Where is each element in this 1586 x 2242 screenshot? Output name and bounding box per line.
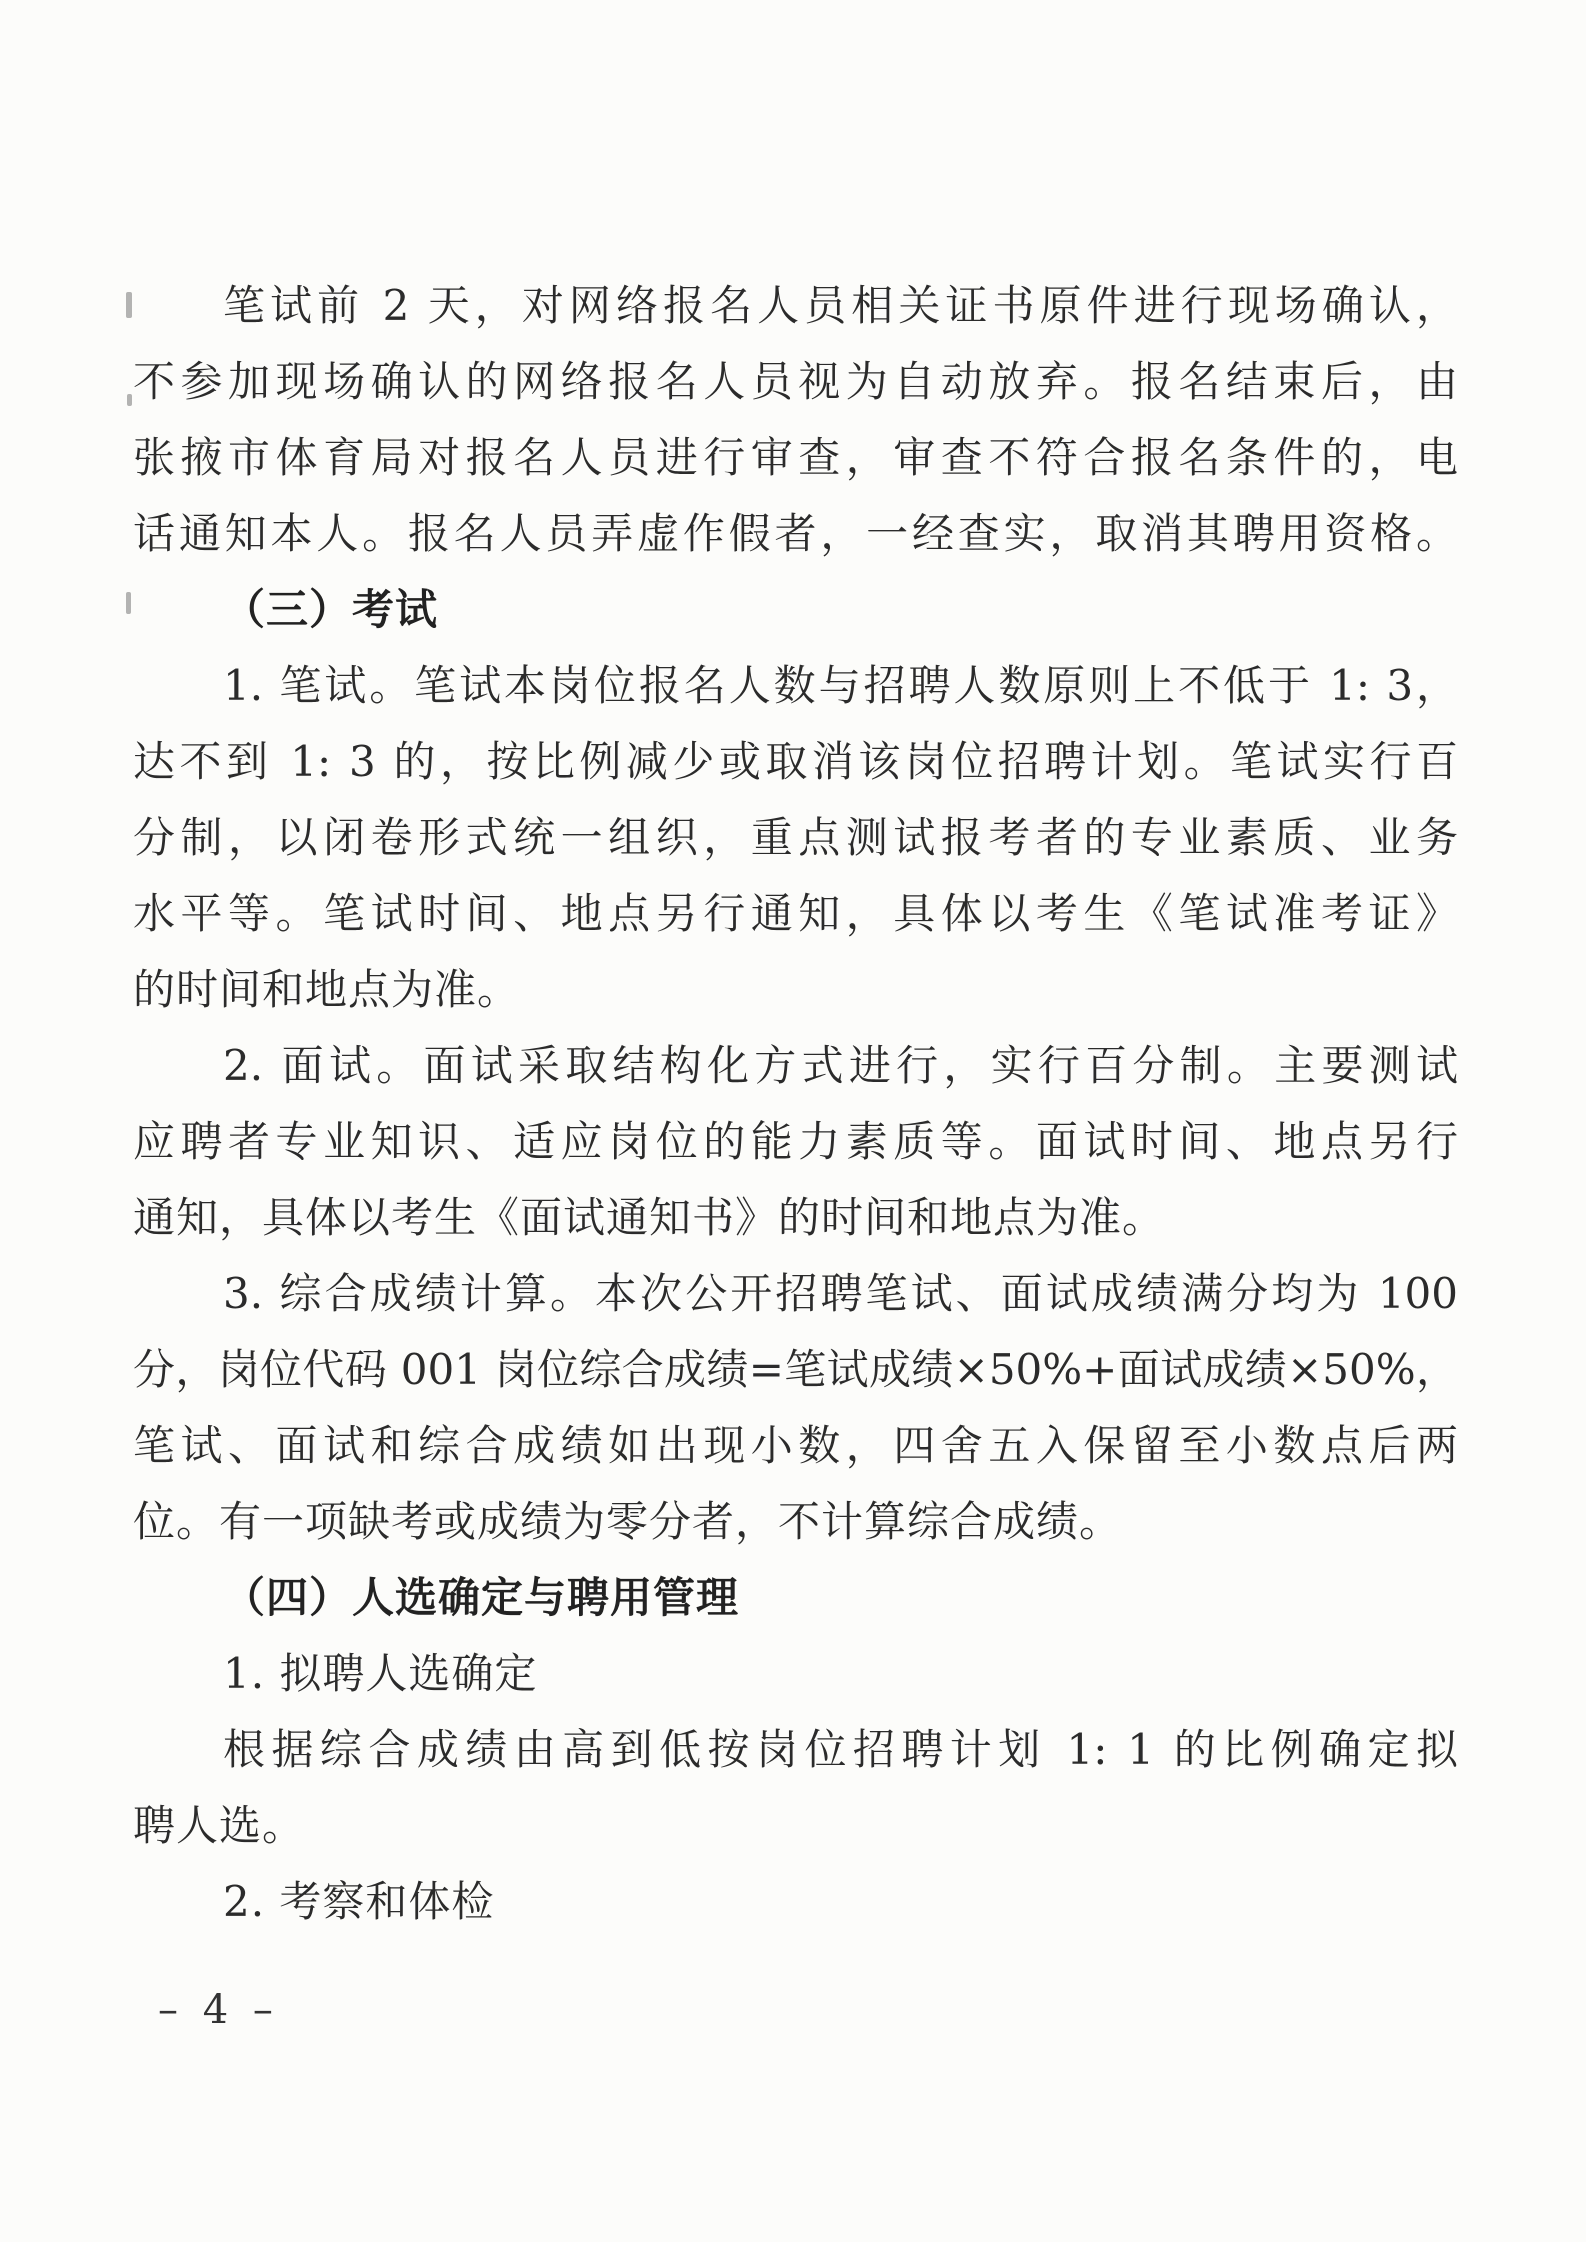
page-number: – 4 –	[158, 1972, 279, 2048]
body-line: 达不到 1: 3 的，按比例减少或取消该岗位招聘计划。笔试实行百	[133, 724, 1458, 800]
body-line: 张掖市体育局对报名人员进行审查，审查不符合报名条件的，电	[133, 420, 1458, 496]
document-body: 笔试前 2 天，对网络报名人员相关证书原件进行现场确认， 不参加现场确认的网络报…	[133, 268, 1458, 1940]
body-line: 的时间和地点为准。	[133, 952, 1458, 1028]
body-line: 聘人选。	[133, 1788, 1458, 1864]
body-line: 笔试、面试和综合成绩如出现小数，四舍五入保留至小数点后两	[133, 1408, 1458, 1484]
body-line: 通知，具体以考生《面试通知书》的时间和地点为准。	[133, 1180, 1458, 1256]
section-heading-exam: （三）考试	[133, 572, 1458, 648]
body-line: 2. 面试。面试采取结构化方式进行，实行百分制。主要测试	[133, 1028, 1458, 1104]
body-line: 应聘者专业知识、适应岗位的能力素质等。面试时间、地点另行	[133, 1104, 1458, 1180]
body-line: 位。有一项缺考或成绩为零分者，不计算综合成绩。	[133, 1484, 1458, 1560]
body-line: 水平等。笔试时间、地点另行通知，具体以考生《笔试准考证》	[133, 876, 1458, 952]
scan-artifact	[126, 292, 132, 318]
body-line: 3. 综合成绩计算。本次公开招聘笔试、面试成绩满分均为 100	[133, 1256, 1458, 1332]
document-page: 笔试前 2 天，对网络报名人员相关证书原件进行现场确认， 不参加现场确认的网络报…	[0, 0, 1586, 2242]
body-line: 1. 笔试。笔试本岗位报名人数与招聘人数原则上不低于 1: 3，	[133, 648, 1458, 724]
body-line: 分制，以闭卷形式统一组织，重点测试报考者的专业素质、业务	[133, 800, 1458, 876]
section-heading-selection: （四）人选确定与聘用管理	[133, 1560, 1458, 1636]
scan-artifact	[126, 592, 131, 614]
body-line: 话通知本人。报名人员弄虚作假者，一经查实，取消其聘用资格。	[133, 496, 1458, 572]
scan-artifact	[127, 394, 132, 406]
body-line: 笔试前 2 天，对网络报名人员相关证书原件进行现场确认，	[133, 268, 1458, 344]
body-line: 根据综合成绩由高到低按岗位招聘计划 1: 1 的比例确定拟	[133, 1712, 1458, 1788]
body-line: 不参加现场确认的网络报名人员视为自动放弃。报名结束后，由	[133, 344, 1458, 420]
body-line: 1. 拟聘人选确定	[133, 1636, 1458, 1712]
body-line: 2. 考察和体检	[133, 1864, 1458, 1940]
body-line: 分，岗位代码 001 岗位综合成绩=笔试成绩×50%+面试成绩×50%，	[133, 1332, 1458, 1408]
